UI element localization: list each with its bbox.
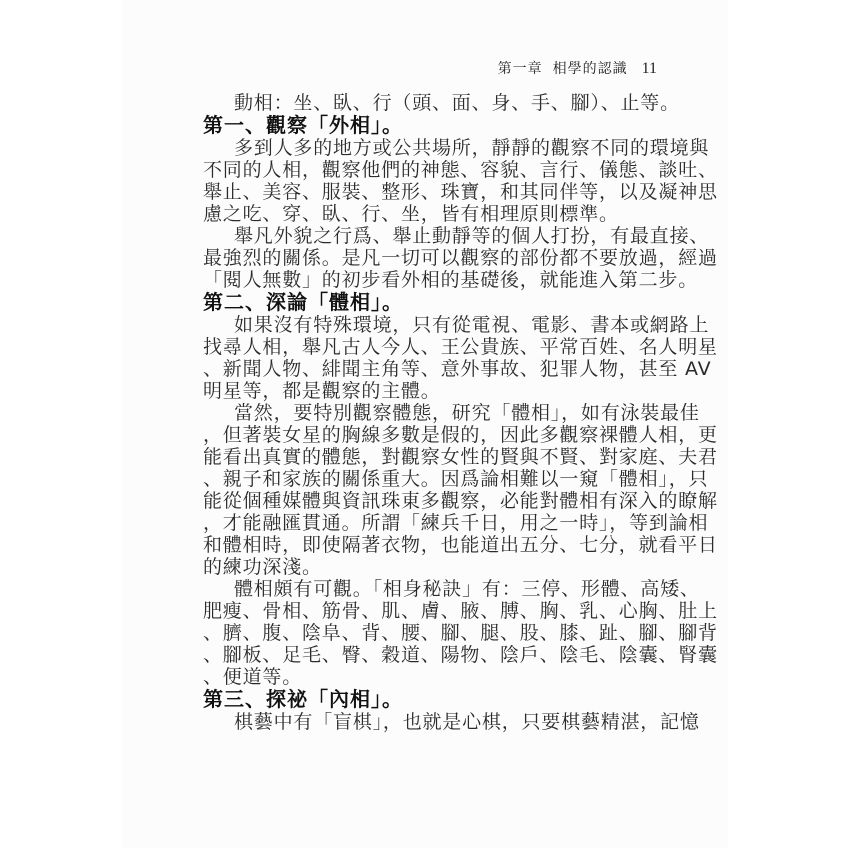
text-line: 、臍、腹、陰阜、背、腰、腳、腿、股、膝、趾、腳、腳背 (203, 622, 649, 644)
text-line: 、腳板、足毛、臀、穀道、陽物、陰戶、陰毛、陰囊、腎囊 (203, 644, 649, 666)
text-line: 如果沒有特殊環境，只有從電視、電影、書本或網路上 (203, 314, 649, 336)
text-line: 舉止、美容、服裝、整形、珠寶，和其同伴等，以及凝神思 (203, 181, 649, 203)
page-number: 11 (642, 60, 657, 77)
text-line: 、親子和家族的關係重大。因爲論相難以一窺「體相」，只 (203, 468, 649, 490)
text-line: 體相頗有可觀。「相身秘訣」有：三停、形體、高矮、 (203, 578, 649, 600)
text-line: 動相：坐、臥、行（頭、面、身、手、腳）、止等。 (203, 92, 649, 114)
chapter-title: 相學的認識 (553, 61, 628, 77)
text-line: 、便道等。 (203, 666, 649, 688)
text-line: 慮之吃、穿、臥、行、坐，皆有相理原則標準。 (203, 203, 649, 225)
text-line: 不同的人相，觀察他們的神態、容貌、言行、儀態、談吐、 (203, 159, 649, 181)
text-line: 肥瘦、骨相、筋骨、肌、膚、腋、膊、胸、乳、心胸、肚上 (203, 600, 649, 622)
text-line: 最強烈的關係。是凡一切可以觀察的部份都不要放過，經過 (203, 247, 649, 269)
text-line: 和體相時，即使隔著衣物，也能道出五分、七分，就看平日 (203, 534, 649, 556)
text-line: 「閱人無數」的初步看外相的基礎後，就能進入第二步。 (203, 269, 649, 291)
text-line: 的練功深淺。 (203, 556, 649, 578)
text-line: 多到人多的地方或公共場所，靜靜的觀察不同的環境與 (203, 137, 649, 159)
section-heading: 第二、深論「體相」。 (203, 291, 649, 314)
text-line: 明星等，都是觀察的主體。 (203, 380, 649, 402)
section-heading: 第三、探祕「內相」。 (203, 688, 649, 711)
text-line: 棋藝中有「盲棋」，也就是心棋，只要棋藝精湛，記憶 (203, 711, 649, 733)
section-heading: 第一、觀察「外相」。 (203, 114, 649, 137)
text-line: 、新聞人物、緋聞主角等、意外事故、犯罪人物，甚至 AV (203, 358, 649, 380)
page-body: 動相：坐、臥、行（頭、面、身、手、腳）、止等。第一、觀察「外相」。多到人多的地方… (203, 92, 649, 733)
text-line: 能從個種媒體與資訊珠東多觀察，必能對體相有深入的瞭解 (203, 490, 649, 512)
book-page: 第一章相學的認識11 動相：坐、臥、行（頭、面、身、手、腳）、止等。第一、觀察「… (122, 0, 728, 848)
text-line: 當然，要特別觀察體態，研究「體相」，如有泳裝最佳 (203, 402, 649, 424)
chapter-label: 第一章 (498, 61, 543, 77)
text-line: ，但著裝女星的胸線多數是假的，因此多觀察裸體人相，更 (203, 424, 649, 446)
text-line: 找尋人相，舉凡古人今人、王公貴族、平常百姓、名人明星 (203, 336, 649, 358)
text-line: 能看出真實的體態，對觀察女性的賢與不賢、對家庭、夫君 (203, 446, 649, 468)
text-line: ，才能融匯貫通。所謂「練兵千日，用之一時」，等到論相 (203, 512, 649, 534)
running-header: 第一章相學的認識11 (122, 58, 657, 78)
text-line: 舉凡外貌之行爲、舉止動靜等的個人打扮，有最直接、 (203, 225, 649, 247)
